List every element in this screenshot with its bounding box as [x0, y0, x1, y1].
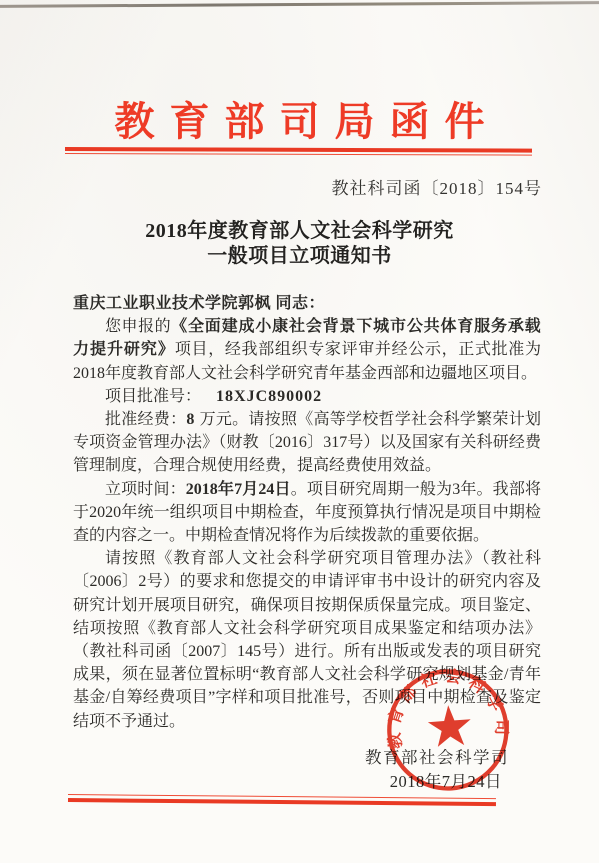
addressee-line: 重庆工业职业技术学院郭枫 同志： — [73, 292, 541, 315]
official-seal: 教育部社会科学司 — [366, 650, 530, 814]
paragraph-project-time: 立项时间：2018年7月24日。项目研究周期一般为3年。我部将于2020年统一组… — [73, 478, 541, 548]
scan-edge-artifact — [0, 1, 599, 8]
seal-star-icon — [427, 704, 473, 748]
time-label: 立项时间： — [105, 481, 186, 498]
letterhead-title: 教育部司局函件 — [0, 90, 599, 147]
fund-label: 批准经费： — [105, 411, 186, 428]
fund-amount: 8 — [186, 411, 194, 428]
paragraph-project-approval: 您申报的《全面建成小康社会背景下城市公共体育服务承载力提升研究》项目，经我部组织… — [73, 315, 541, 385]
para1-prefix: 您申报的 — [105, 318, 171, 335]
document-title: 2018年度教育部人文社会科学研究 一般项目立项通知书 — [0, 219, 599, 268]
approval-number-label: 项目批准号： — [105, 388, 201, 405]
document-title-line2: 一般项目立项通知书 — [0, 244, 599, 269]
letterhead-rule-thick — [65, 147, 532, 152]
scanned-letter-page: 教育部司局函件 教社科司函〔2018〕154号 2018年度教育部人文社会科学研… — [0, 0, 599, 863]
approval-number-value: 18XJC890002 — [216, 388, 322, 405]
document-title-line1: 2018年度教育部人文社会科学研究 — [0, 219, 599, 244]
time-value: 2018年7月24日 — [186, 481, 291, 498]
letterhead-rule-thin — [65, 153, 532, 156]
document-reference-number: 教社科司函〔2018〕154号 — [332, 174, 543, 199]
paragraph-funding: 批准经费：8万元。请按照《高等学校哲学社会科学繁荣计划专项资金管理办法》（财教〔… — [73, 408, 541, 478]
approval-number-line: 项目批准号：18XJC890002 — [73, 385, 541, 408]
